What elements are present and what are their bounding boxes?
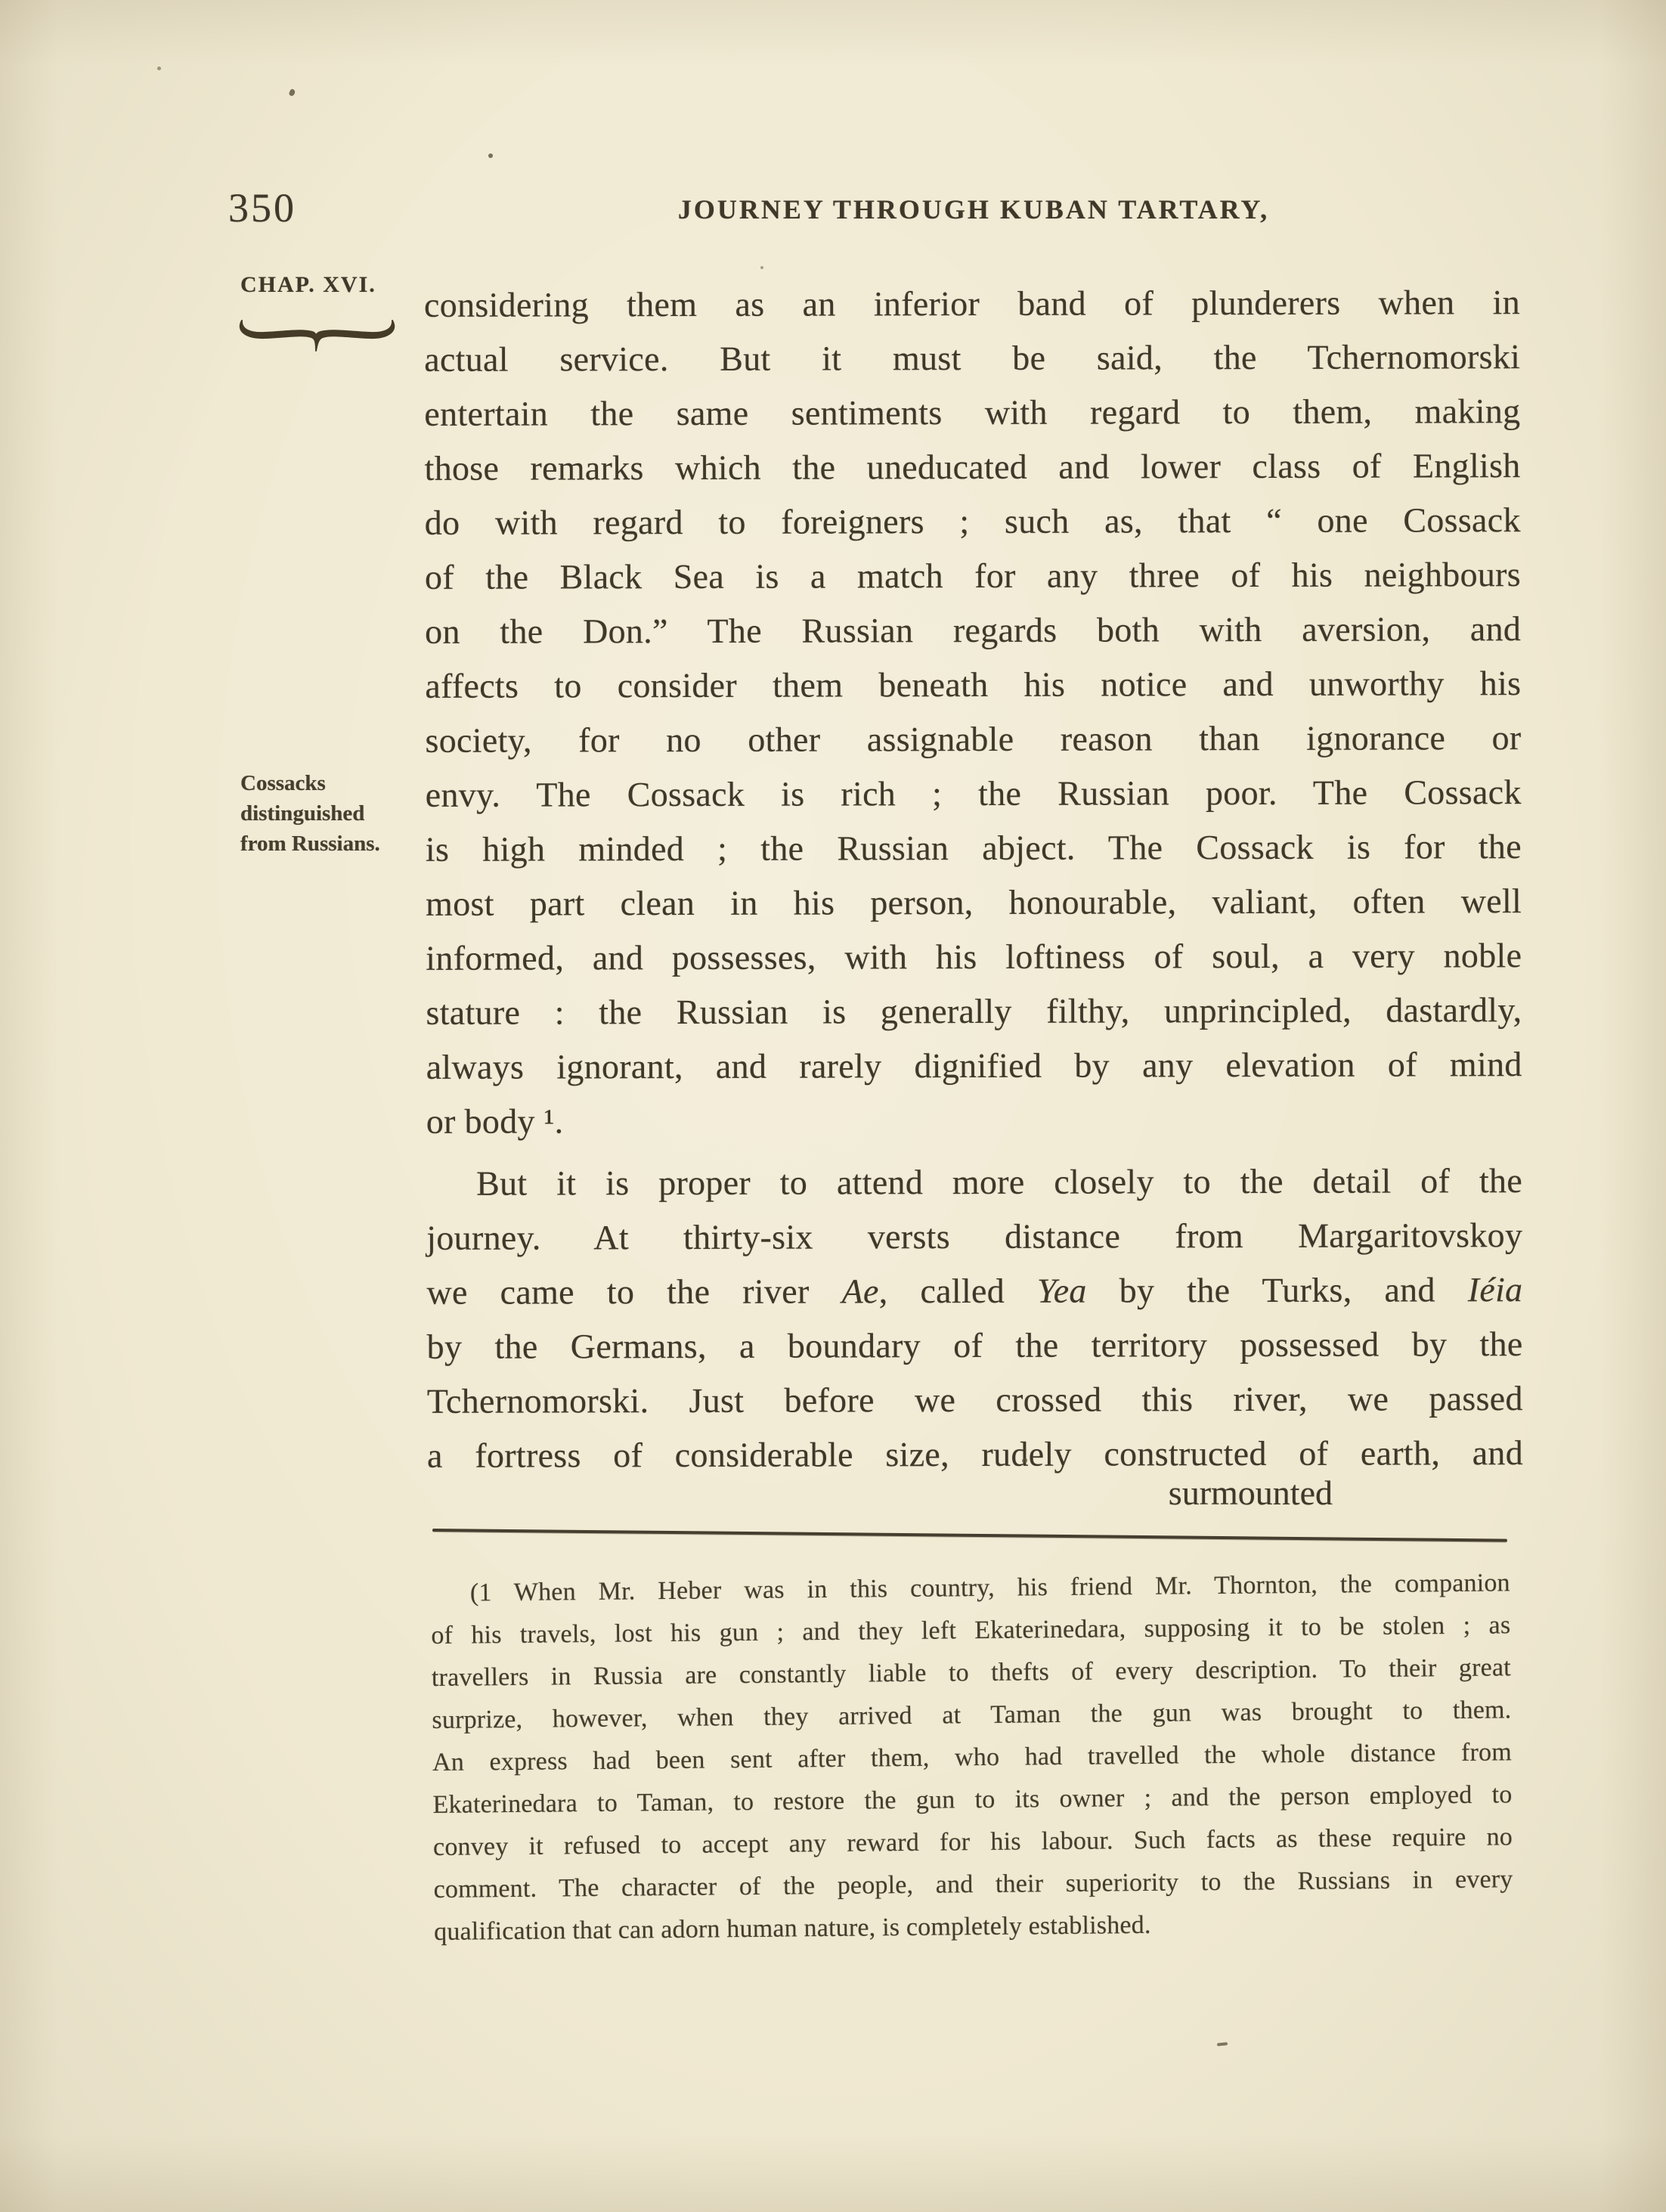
chapter-flourish-ornament [236,308,398,361]
text-line: of the Black Sea is a match for any thre… [425,547,1521,605]
text-line: entertain the same sentiments with regar… [424,384,1520,441]
text-line: those remarks which the uneducated and l… [424,438,1520,496]
text-line: or body ¹. [426,1092,1522,1149]
text-line: considering them as an inferior band of … [424,275,1520,333]
text-line: on the Don.” The Russian regards both wi… [425,602,1521,659]
chapter-label: CHAP. XVI. [240,272,376,298]
catchword: surmounted [426,1473,1333,1513]
margin-note: Cossacks distinguished from Russians. [240,768,395,859]
paper-speck [760,266,763,269]
text-line: we came to the river Ae, called Yea by t… [426,1262,1522,1320]
text-line: actual service. But it must be said, the… [424,330,1520,387]
text-line: envy. The Cossack is rich ; the Russian … [426,765,1522,823]
text-line: always ignorant, and rarely dignified by… [426,1037,1522,1095]
paper-speck [288,88,296,97]
text-line: informed, and possesses, with his loftin… [426,928,1522,986]
paper-speck [1022,1458,1027,1463]
page-number: 350 [228,184,296,231]
text-line: But it is proper to attend more closely … [426,1154,1522,1211]
text-line: Tchernomorski. Just before we crossed th… [427,1371,1523,1429]
text-line: affects to consider them beneath his not… [425,656,1521,714]
text-line: do with regard to foreigners ; such as, … [425,493,1521,550]
text-line: is high minded ; the Russian abject. The… [426,819,1522,877]
footnote-text: (1 When Mr. Heber was in this country, h… [431,1562,1514,1953]
footnote-rule [432,1529,1507,1542]
paper-speck [157,67,161,70]
paper-speck [488,153,493,158]
running-header: JOURNEY THROUGH KUBAN TARTARY, [426,194,1522,225]
text-line: stature : the Russian is generally filth… [426,983,1522,1040]
body-text: considering them as an inferior band of … [424,275,1523,1483]
text-line: journey. At thirty-six versts distance f… [426,1208,1522,1266]
text-line: society, for no other assignable reason … [425,711,1521,768]
text-line: by the Germans, a boundary of the territ… [427,1317,1523,1374]
paper-speck [1217,2042,1228,2046]
book-page: 350 JOURNEY THROUGH KUBAN TARTARY, CHAP.… [0,0,1666,2212]
text-line: most part clean in his person, honourabl… [426,874,1522,931]
